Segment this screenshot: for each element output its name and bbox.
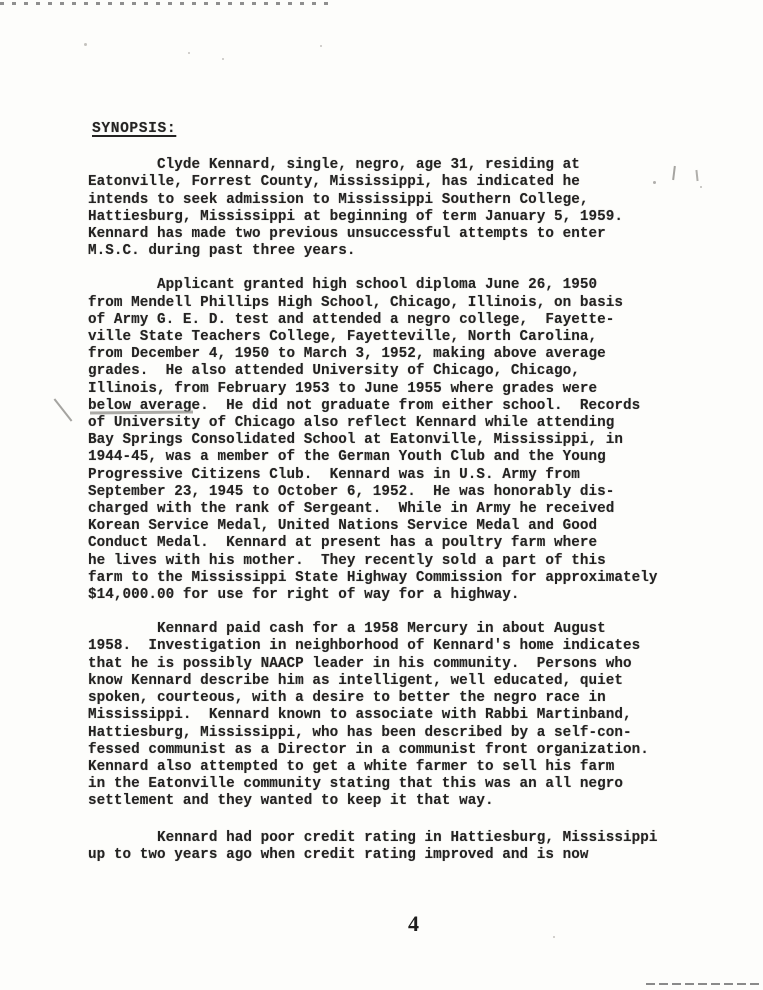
scan-speck — [84, 43, 87, 46]
pencil-dot-mark — [700, 186, 702, 188]
paragraph-education-army: Applicant granted high school diploma Ju… — [88, 277, 718, 604]
synopsis-heading: SYNOPSIS: — [92, 121, 718, 138]
paragraph-investigation: Kennard paid cash for a 1958 Mercury in … — [88, 621, 718, 810]
scan-speck — [553, 936, 555, 938]
typewritten-text-block: SYNOPSIS: Clyde Kennard, single, negro, … — [88, 121, 718, 881]
paragraph-intro: Clyde Kennard, single, negro, age 31, re… — [88, 157, 718, 260]
scan-speck — [222, 58, 224, 60]
pencil-dot-mark — [653, 181, 656, 184]
scan-speck — [320, 45, 322, 47]
paragraph-credit-rating: Kennard had poor credit rating in Hattie… — [88, 830, 718, 864]
scan-speck — [188, 52, 190, 54]
scan-edge-dashed-line-bottom — [646, 983, 763, 985]
page-number: 4 — [408, 911, 419, 937]
scan-edge-dashed-line-top — [0, 2, 328, 5]
scanned-document-page: SYNOPSIS: Clyde Kennard, single, negro, … — [0, 0, 763, 990]
pencil-margin-backslash-mark — [54, 398, 73, 421]
